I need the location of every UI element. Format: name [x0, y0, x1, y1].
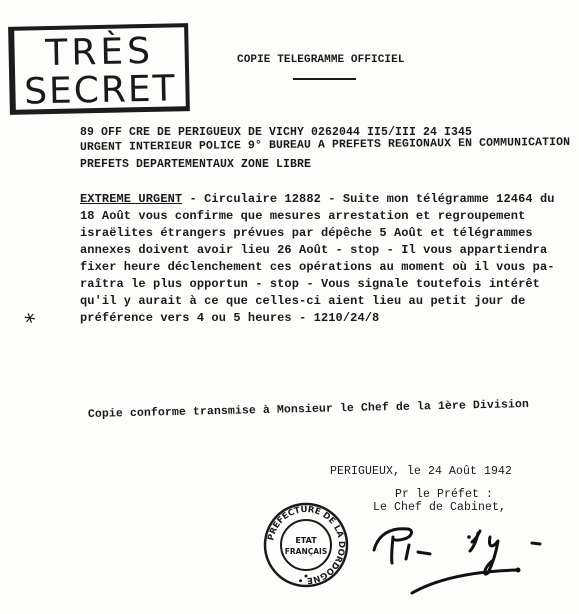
telegram-document: TRÈS SECRET COPIE TELEGRAMME OFFICIEL 89… [0, 0, 579, 614]
document-title: COPIE TELEGRAMME OFFICIEL [237, 54, 405, 66]
signer-line-1: Pr le Préfet : [395, 488, 493, 501]
body-line-8: préférence vers 4 ou 5 heures - 1210/24/… [80, 311, 379, 325]
tres-secret-stamp: TRÈS SECRET [8, 23, 190, 115]
signer-line-2: Le Chef de Cabinet, [373, 501, 506, 514]
seal-inner-line-2: FRANÇAIS [285, 547, 327, 556]
body-line-3: israëlites étrangers prévues par dépêche… [80, 226, 533, 240]
title-underline [293, 78, 356, 80]
margin-mark: * [22, 309, 41, 336]
body-line-1: EXTREME URGENT - Circulaire 12882 - Suit… [80, 192, 555, 206]
body-line-2: 18 Août vous confirme que mesures arrest… [80, 209, 525, 223]
header-line-3: PREFETS DEPARTEMENTAUX ZONE LIBRE [80, 158, 311, 171]
prefecture-seal: PREFECTURE DE LA DORDOGNE • ETAT FRANÇAI… [263, 502, 349, 588]
place-date: PERIGUEUX, le 24 Août 1942 [330, 465, 512, 478]
body-line-7: qu'il y aurait à ce que celles-ci aient … [80, 294, 525, 308]
body-line-5: fixer heure déclenchement ces opérations… [80, 260, 555, 274]
body-line-6: raîtra le plus opportun - stop - Vous si… [80, 277, 540, 291]
seal-inner-line-1: ETAT [295, 536, 317, 545]
body-line-1-text: - Circulaire 12882 - Suite mon télégramm… [182, 192, 554, 206]
body-line-4: annexes doivent avoir lieu 26 Août - sto… [80, 243, 547, 257]
handwritten-signature [360, 515, 570, 595]
stamp-line-2: SECRET [15, 71, 186, 111]
copy-note: Copie conforme transmise à Monsieur le C… [88, 398, 529, 421]
body-heading: EXTREME URGENT [80, 192, 182, 206]
stamp-line-1: TRÈS [14, 33, 185, 73]
